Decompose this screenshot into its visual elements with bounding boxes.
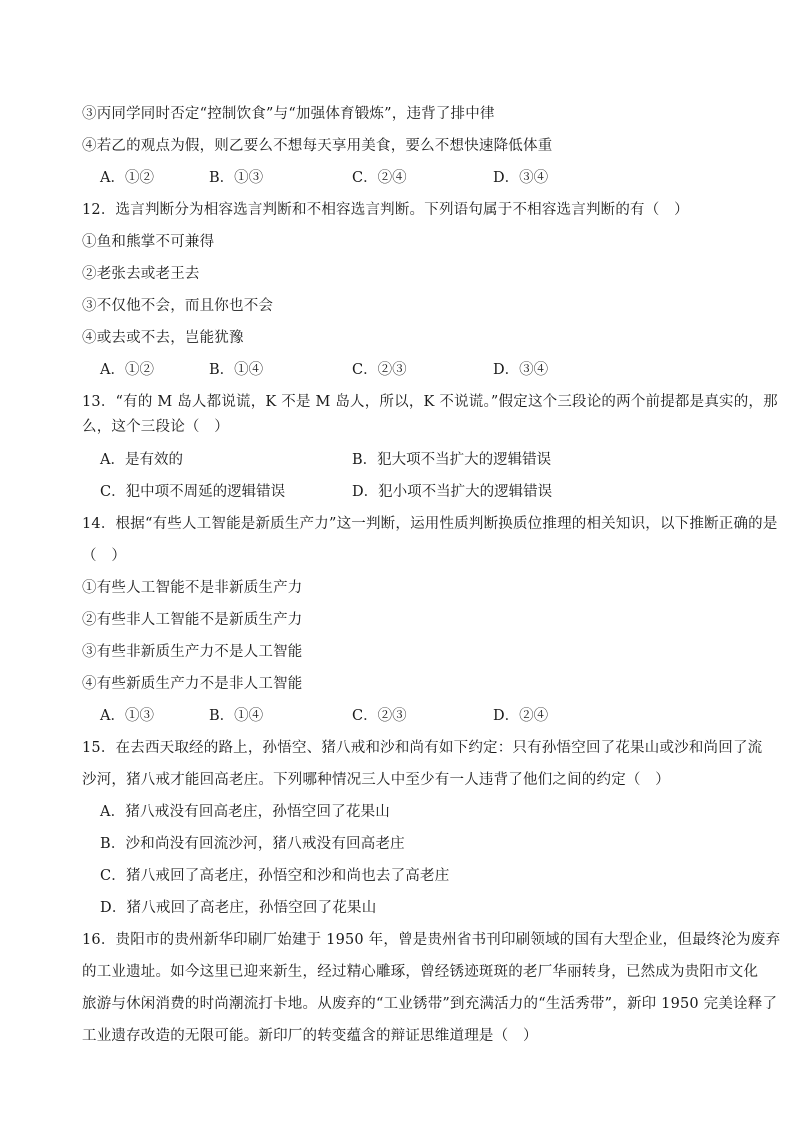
q12-statement-1: ①鱼和熊掌不可兼得 <box>82 232 214 252</box>
q11-option-d: D．③④ <box>493 168 548 188</box>
q15-stem-line-2: 沙河，猪八戒才能回高老庄。下列哪种情况三人中至少有一人违背了他们之间的约定（ ） <box>82 770 670 790</box>
q14-option-d: D．②④ <box>493 706 548 726</box>
q13-option-b: B．犯大项不当扩大的逻辑错误 <box>352 450 551 470</box>
q16-stem-line-1: 16．贵阳市的贵州新华印刷厂始建于 1950 年，曾是贵州省书刊印刷领域的国有大… <box>82 930 780 950</box>
q15-option-b: B．沙和尚没有回流沙河，猪八戒没有回高老庄 <box>100 834 405 854</box>
q12-stem: 12．选言判断分为相容选言判断和不相容选言判断。下列语句属于不相容选言判断的有（… <box>82 200 689 220</box>
q13-stem-line-1: 13．“有的 M 岛人都说谎，K 不是 M 岛人，所以，K 不说谎。”假定这个三… <box>82 392 778 412</box>
q12-statement-4: ④或去或不去，岂能犹豫 <box>82 328 244 348</box>
q13-stem-line-2: 么，这个三段论（ ） <box>82 417 229 437</box>
q12-option-b: B．①④ <box>209 360 263 380</box>
q15-option-d: D．猪八戒回了高老庄，孙悟空回了花果山 <box>100 898 376 918</box>
q13-option-a: A．是有效的 <box>100 450 183 470</box>
q14-statement-1: ①有些人工智能不是非新质生产力 <box>82 578 303 598</box>
q13-option-c: C．犯中项不周延的逻辑错误 <box>100 482 285 502</box>
q14-statement-2: ②有些非人工智能不是新质生产力 <box>82 610 303 630</box>
q16-stem-line-2: 的工业遗址。如今这里已迎来新生，经过精心雕琢，曾经锈迹斑斑的老厂华丽转身，已然成… <box>82 962 758 982</box>
q12-option-d: D．③④ <box>493 360 548 380</box>
q11-statement-4: ④若乙的观点为假，则乙要么不想每天享用美食，要么不想快速降低体重 <box>82 136 552 156</box>
q16-stem-line-4: 工业遗存改造的无限可能。新印厂的转变蕴含的辩证思维道理是（ ） <box>82 1026 538 1046</box>
q14-option-a: A．①③ <box>100 706 154 726</box>
q14-option-c: C．②③ <box>352 706 407 726</box>
q11-option-c: C．②④ <box>352 168 407 188</box>
q12-option-a: A．①② <box>100 360 154 380</box>
q14-statement-4: ④有些新质生产力不是非人工智能 <box>82 674 303 694</box>
q15-option-c: C．猪八戒回了高老庄，孙悟空和沙和尚也去了高老庄 <box>100 866 449 886</box>
q14-option-b: B．①④ <box>209 706 263 726</box>
q11-option-b: B．①③ <box>209 168 263 188</box>
q12-option-c: C．②③ <box>352 360 407 380</box>
q12-statement-3: ③不仅他不会，而且你也不会 <box>82 296 273 316</box>
q13-option-d: D．犯小项不当扩大的逻辑错误 <box>352 482 552 502</box>
q15-option-a: A．猪八戒没有回高老庄，孙悟空回了花果山 <box>100 802 390 822</box>
q12-statement-2: ②老张去或老王去 <box>82 264 200 284</box>
q11-statement-3: ③丙同学同时否定“控制饮食”与“加强体育锻炼”，违背了排中律 <box>82 104 495 124</box>
q15-stem-line-1: 15．在去西天取经的路上，孙悟空、猪八戒和沙和尚有如下约定：只有孙悟空回了花果山… <box>82 738 762 758</box>
q14-statement-3: ③有些非新质生产力不是人工智能 <box>82 642 303 662</box>
q14-stem-line-2: （ ） <box>82 546 126 566</box>
q16-stem-line-3: 旅游与休闲消费的时尚潮流打卡地。从废弃的“工业锈带”到充满活力的“生活秀带”，新… <box>82 994 777 1014</box>
q11-option-a: A．①② <box>100 168 154 188</box>
q14-stem-line-1: 14．根据“有些人工智能是新质生产力”这一判断，运用性质判断换质位推理的相关知识… <box>82 514 778 534</box>
